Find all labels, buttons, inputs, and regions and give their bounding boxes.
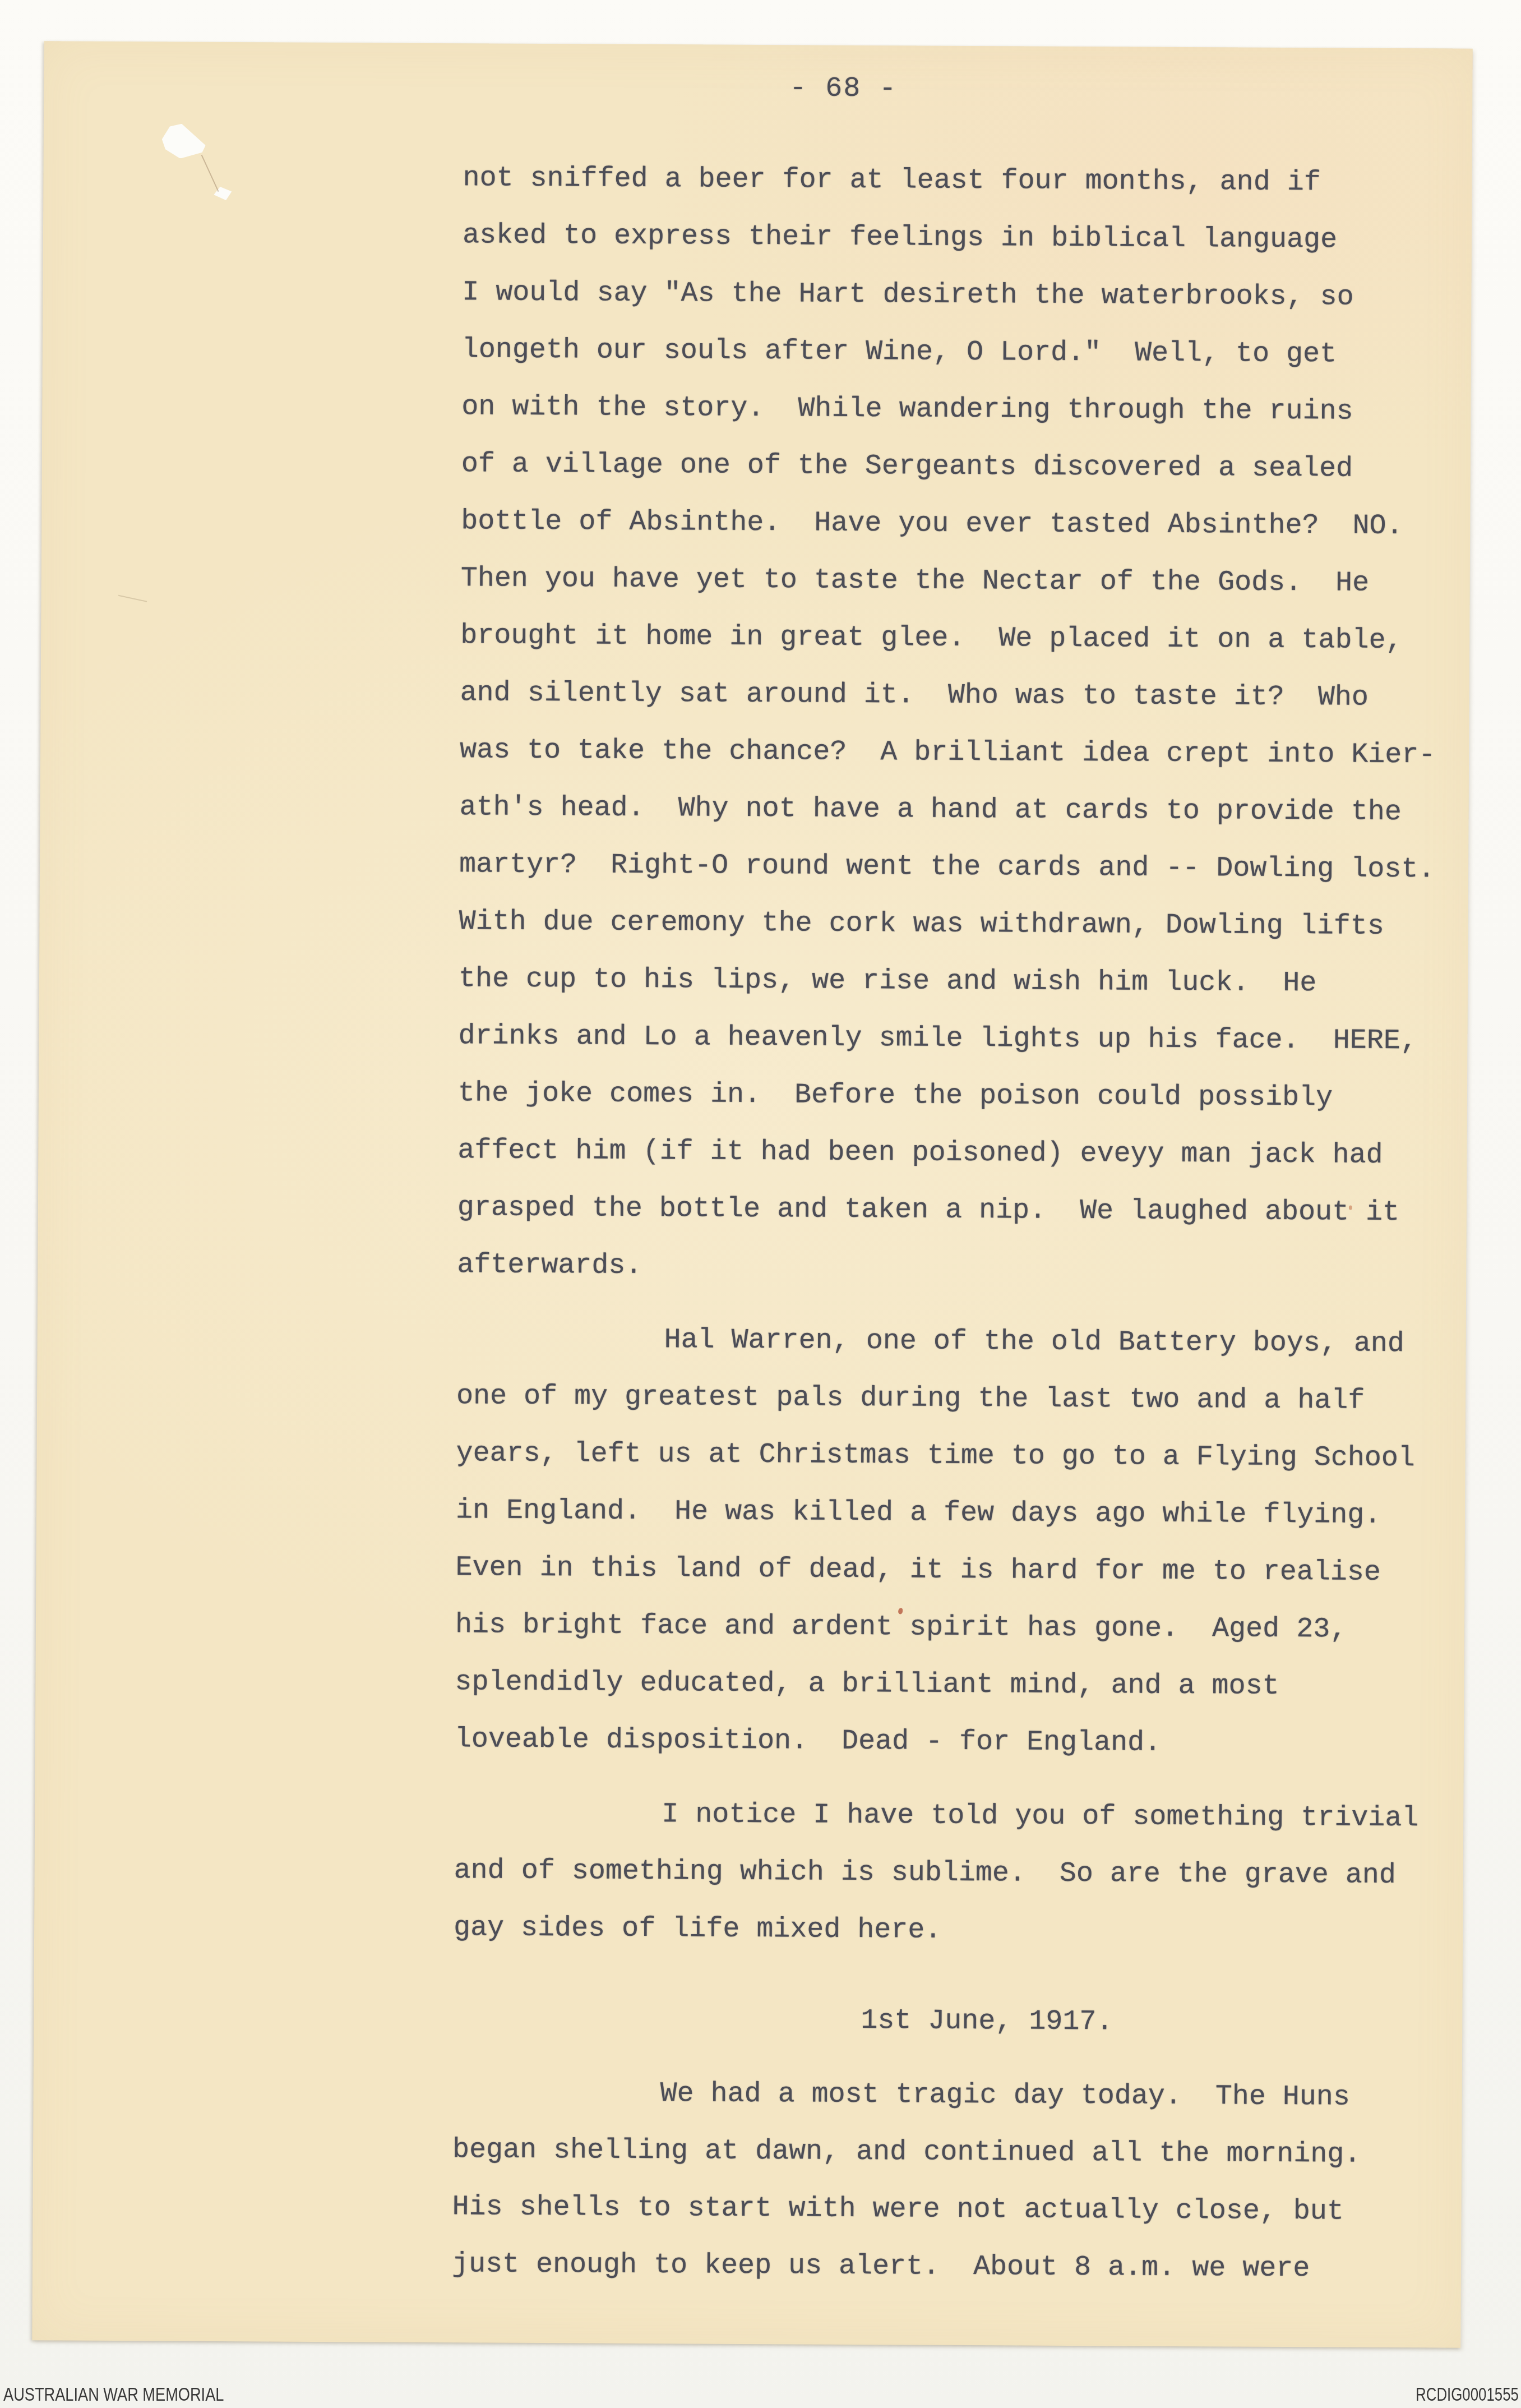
typed-line: the cup to his lips, we rise and wish hi…	[459, 951, 1474, 1013]
typed-line: one of my greatest pals during the last …	[456, 1368, 1472, 1430]
typed-line: on with the story. While wandering throu…	[461, 379, 1477, 441]
typed-line: longeth our souls after Wine, O Lord." W…	[462, 321, 1477, 384]
typed-line: Hal Warren, one of the old Battery boys,…	[456, 1311, 1472, 1373]
document-page: - 68 - not sniffed a beer for at least f…	[32, 41, 1472, 2347]
typed-line: of a village one of the Sergeants discov…	[461, 436, 1477, 498]
paper-hole	[162, 123, 206, 158]
paper-scratch	[118, 595, 147, 602]
typed-line: With due ceremony the cork was withdrawn…	[459, 893, 1474, 956]
typed-paragraph: We had a most tragic day today. The Huns…	[452, 2064, 1468, 2298]
typed-line: was to take the chance? A brilliant idea…	[460, 722, 1475, 784]
typed-line: I notice I have told you of something tr…	[454, 1785, 1469, 1847]
typed-line: affect him (if it had been poisoned) eve…	[457, 1122, 1473, 1184]
typed-text-body: not sniffed a beer for at least four mon…	[452, 150, 1478, 2298]
typed-line: His shells to start with were not actual…	[452, 2179, 1467, 2241]
typed-line: I would say "As the Hart desireth the wa…	[462, 264, 1477, 326]
typed-line: Even in this land of dead, it is hard fo…	[455, 1539, 1471, 1602]
typed-line: drinks and Lo a heavenly smile lights up…	[458, 1008, 1473, 1070]
footer-reference-id: RCDIG0001555	[1416, 2383, 1519, 2406]
typed-line: just enough to keep us alert. About 8 a.…	[452, 2236, 1467, 2298]
typed-line: asked to express their feelings in bibli…	[463, 207, 1478, 269]
date-heading: 1st June, 1917.	[453, 1990, 1468, 2052]
typed-line: the joke comes in. Before the poison cou…	[458, 1065, 1473, 1127]
typed-line: and silently sat around it. Who was to t…	[460, 665, 1475, 727]
typed-line: Then you have yet to taste the Nectar of…	[460, 550, 1476, 612]
typed-line: brought it home in great glee. We placed…	[460, 607, 1476, 670]
typed-line: grasped the bottle and taken a nip. We l…	[457, 1179, 1473, 1242]
typed-line: his bright face and ardent spirit has go…	[455, 1597, 1471, 1659]
typed-line: and of something which is sublime. So ar…	[454, 1842, 1469, 1904]
typed-paragraph: not sniffed a beer for at least four mon…	[457, 150, 1478, 1299]
typed-line: splendidly educated, a brilliant mind, a…	[455, 1654, 1470, 1716]
typed-line: We had a most tragic day today. The Huns	[452, 2064, 1468, 2126]
typed-line: not sniffed a beer for at least four mon…	[463, 150, 1478, 212]
paper-tear-crack	[201, 155, 219, 192]
typed-line: gay sides of life mixed here.	[454, 1899, 1469, 1962]
typed-line: afterwards.	[457, 1237, 1472, 1299]
typed-line: loveable disposition. Dead - for England…	[455, 1711, 1470, 1773]
paper-speck	[1349, 1206, 1352, 1210]
page-number: - 68 -	[789, 72, 897, 106]
typed-line: began shelling at dawn, and continued al…	[452, 2121, 1468, 2184]
typed-line: bottle of Absinthe. Have you ever tasted…	[461, 493, 1476, 555]
footer-archive-name: AUSTRALIAN WAR MEMORIAL	[3, 2383, 224, 2406]
typed-paragraph: Hal Warren, one of the old Battery boys,…	[455, 1311, 1472, 1773]
typed-line: years, left us at Christmas time to go t…	[456, 1425, 1471, 1487]
typed-paragraph: I notice I have told you of something tr…	[454, 1785, 1469, 1962]
typed-line: ath's head. Why not have a hand at cards…	[459, 779, 1474, 841]
typed-line: in England. He was killed a few days ago…	[456, 1482, 1471, 1544]
typed-line: martyr? Right-O round went the cards and…	[459, 836, 1474, 898]
